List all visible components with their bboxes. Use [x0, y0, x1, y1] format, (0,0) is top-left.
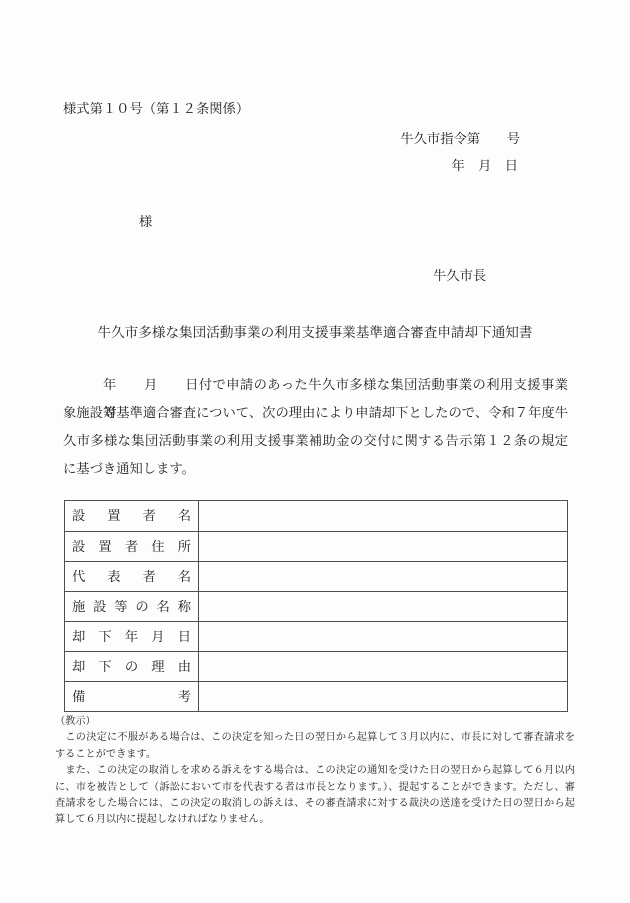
- row-label: 代表者名: [65, 562, 199, 591]
- document-page: 様式第１０号（第１２条関係） 牛久市指令第 号 年 月 日 様 牛久市長 牛久市…: [0, 0, 630, 903]
- detail-table: 設置者名 設置者住所 代表者名 施設等の名称 却下年月日 却下の理由 備考: [64, 500, 568, 712]
- row-value: [199, 562, 567, 591]
- issuer-name: 牛久市長: [433, 268, 486, 284]
- row-value: [199, 622, 567, 651]
- table-row-representative-name: 代表者名: [65, 561, 567, 591]
- body-line: 象施設等基準適合審査について、次の理由により申請却下としたので、令和７年度牛: [63, 399, 568, 427]
- addressee-suffix: 様: [139, 214, 152, 230]
- row-value: [199, 652, 567, 681]
- table-row-rejection-reason: 却下の理由: [65, 651, 567, 681]
- notes-line: また、この決定の取消しを求める訴えをする場合は、この決定の通知を受けた日の翌日か…: [55, 763, 575, 779]
- row-value: [199, 592, 567, 621]
- body-paragraph: 年 月 日付で申請のあった牛久市多様な集団活動事業の利用支援事業対 象施設等基準…: [63, 371, 568, 483]
- row-value: [199, 682, 567, 711]
- row-label: 施設等の名称: [65, 592, 199, 621]
- row-label: 備考: [65, 682, 199, 711]
- notes-line: することができます。: [55, 747, 575, 763]
- body-line: に基づき通知します。: [63, 455, 568, 483]
- table-row-installer-name: 設置者名: [65, 501, 567, 531]
- row-value: [199, 501, 567, 531]
- row-value: [199, 532, 567, 561]
- body-line: 年 月 日付で申請のあった牛久市多様な集団活動事業の利用支援事業対: [63, 371, 568, 399]
- form-number: 様式第１０号（第１２条関係）: [63, 101, 249, 117]
- table-row-installer-address: 設置者住所: [65, 531, 567, 561]
- appeal-notes: （教示） この決定に不服がある場合は、この決定を知った日の翌日から起算して３月以…: [55, 714, 575, 829]
- directive-number: 牛久市指令第 号: [400, 131, 520, 147]
- notes-line: 算して６月以内に提起しなければなりません。: [55, 812, 575, 828]
- body-line: 久市多様な集団活動事業の利用支援事業補助金の交付に関する告示第１２条の規定: [63, 427, 568, 455]
- notes-line: に、市を被告として（訴訟において市を代表する者は市長となります。）、提起すること…: [55, 780, 575, 796]
- table-row-remarks: 備考: [65, 681, 567, 711]
- notes-line: この決定に不服がある場合は、この決定を知った日の翌日から起算して３月以内に、市長…: [55, 730, 575, 746]
- row-label: 却下年月日: [65, 622, 199, 651]
- row-label: 却下の理由: [65, 652, 199, 681]
- table-row-facility-name: 施設等の名称: [65, 591, 567, 621]
- row-label: 設置者住所: [65, 532, 199, 561]
- table-row-rejection-date: 却下年月日: [65, 621, 567, 651]
- issue-date: 年 月 日: [452, 158, 518, 174]
- document-title: 牛久市多様な集団活動事業の利用支援事業基準適合審査申請却下通知書: [0, 325, 630, 341]
- row-label: 設置者名: [65, 501, 199, 531]
- notes-heading: （教示）: [55, 714, 575, 730]
- notes-line: 査請求をした場合には、この決定の取消しの訴えは、その審査請求に対する裁決の送達を…: [55, 796, 575, 812]
